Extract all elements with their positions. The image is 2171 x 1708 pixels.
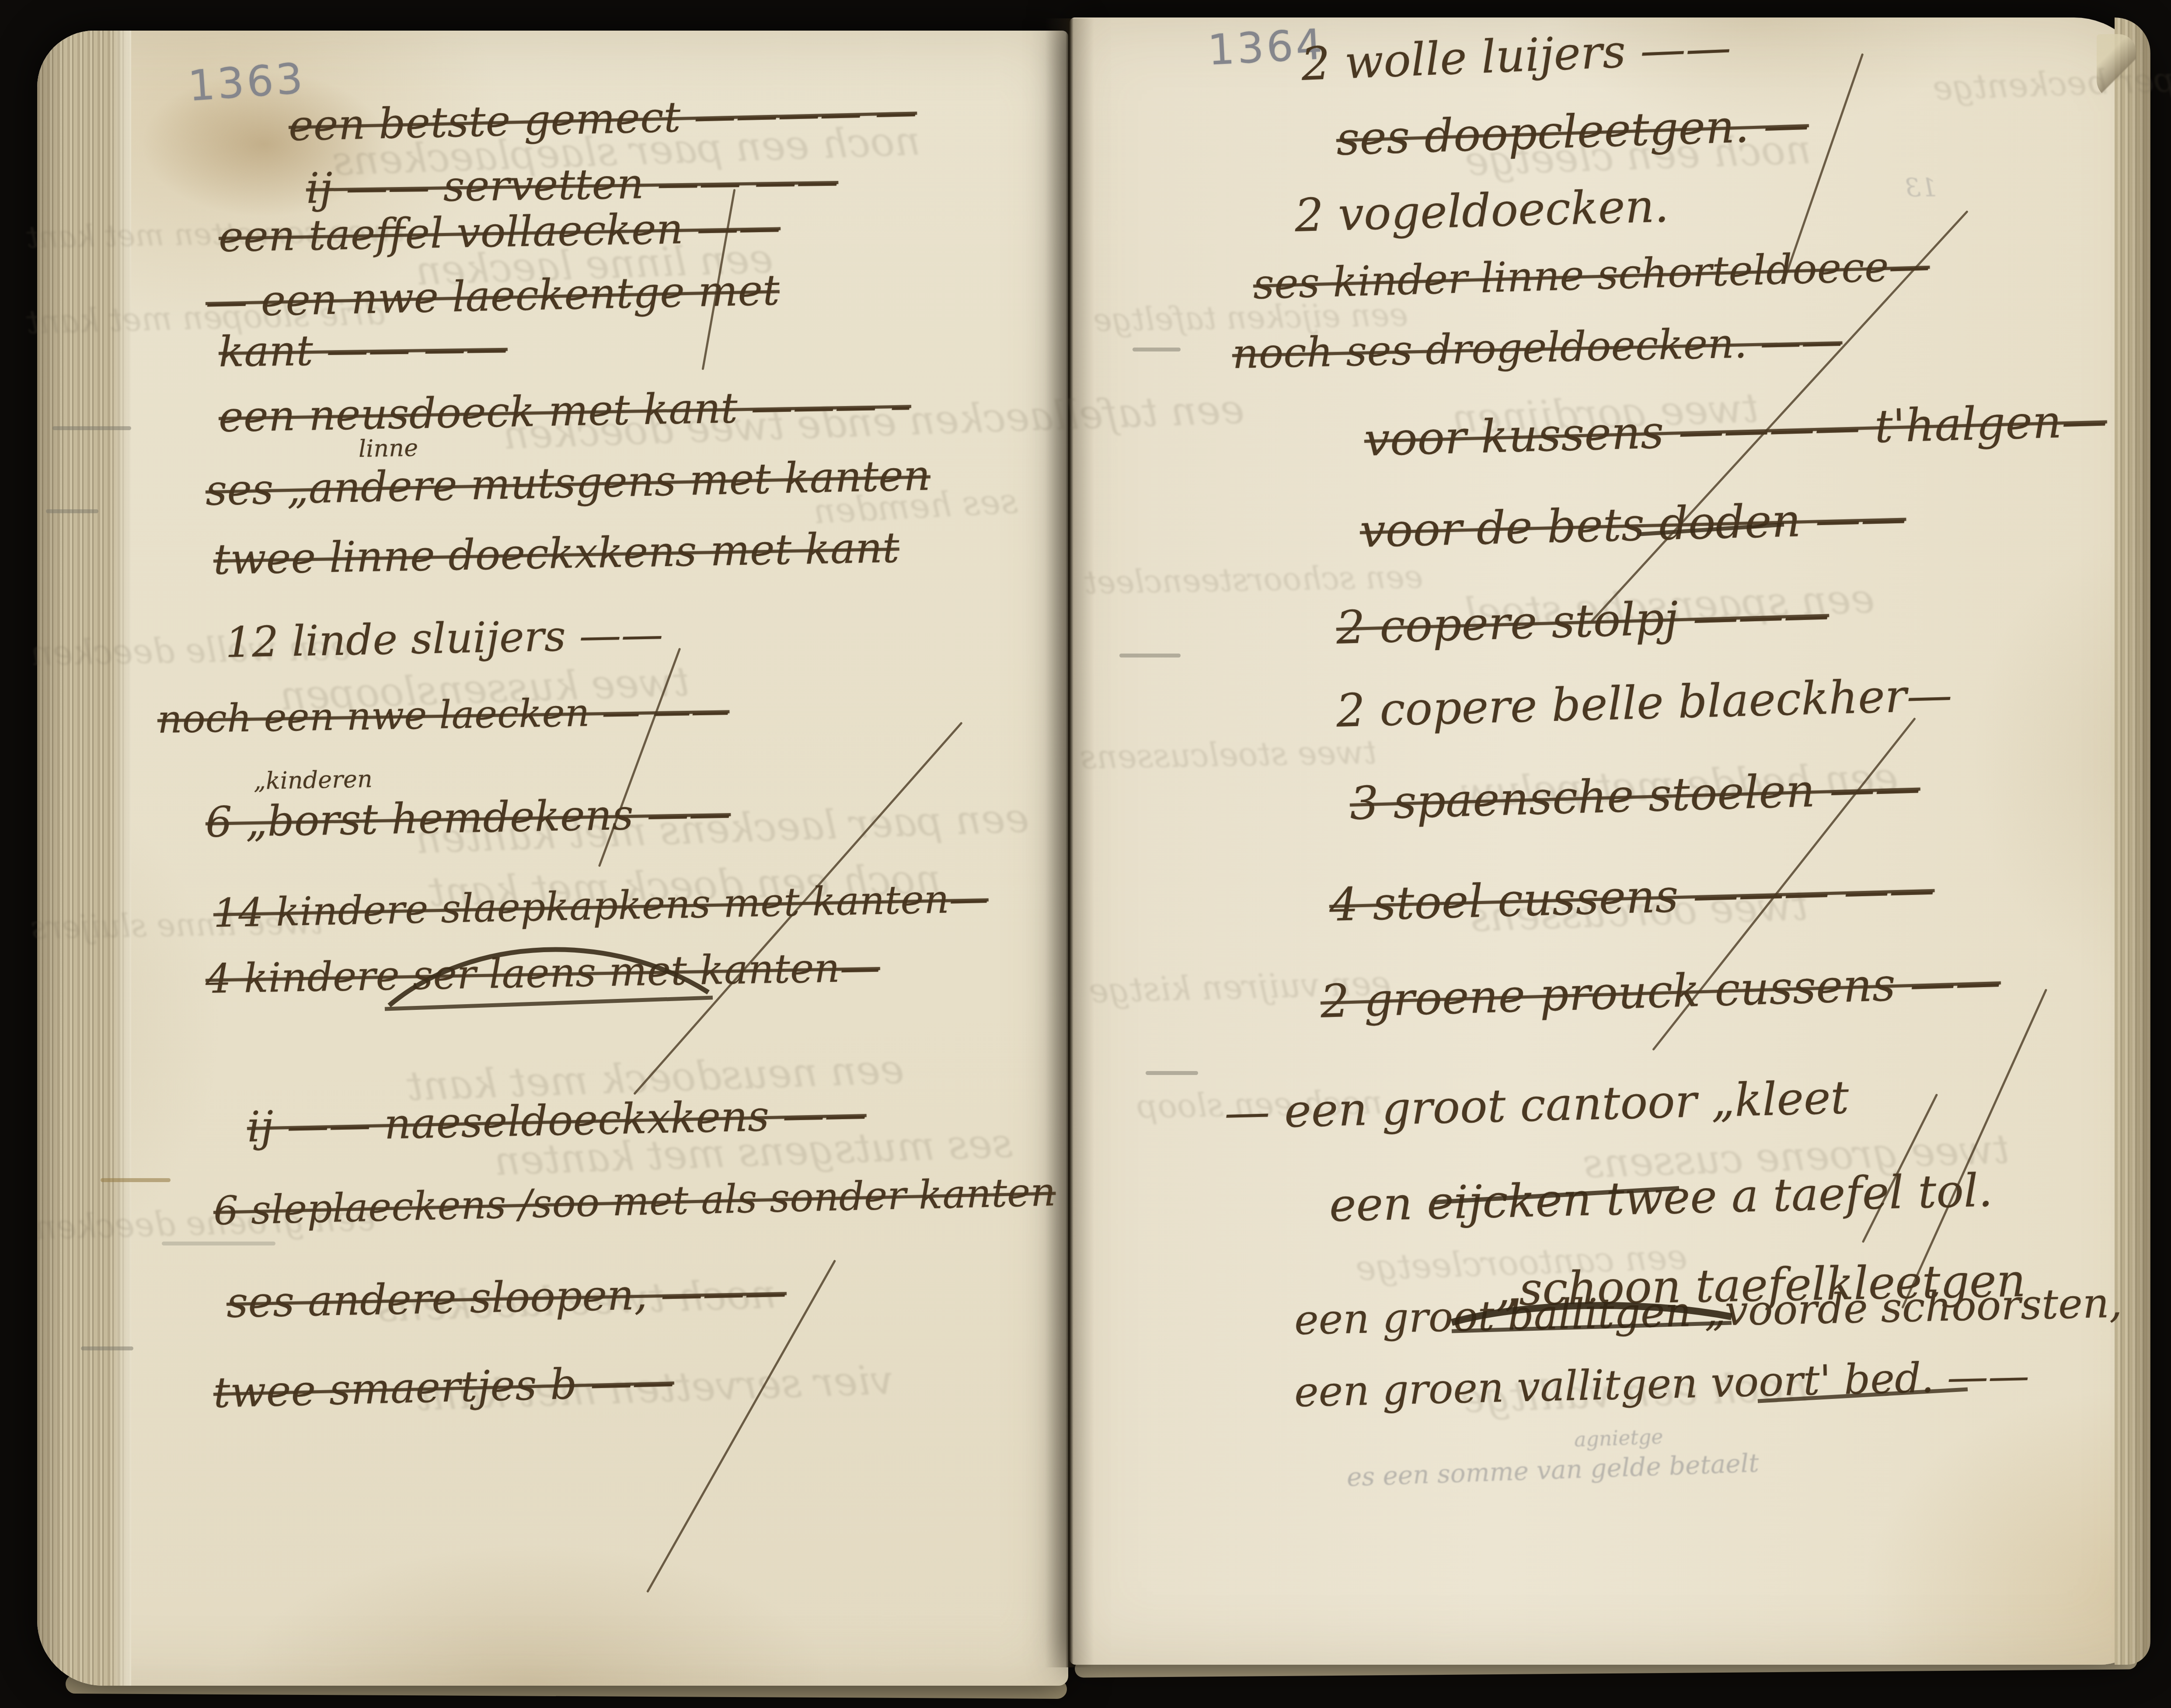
manuscript-photo: noch een paer slaeplaeckens twee servett… <box>0 0 2171 1708</box>
manuscript-line: twee linne doeckxkens met kant <box>213 527 899 581</box>
manuscript-line: 12 linde sluijers —— <box>225 613 663 664</box>
manuscript-line: twee smaertjes b —— <box>213 1360 675 1414</box>
pencil-note: agnietge <box>1574 1426 1663 1450</box>
margin-dash <box>1133 348 1181 351</box>
book-block-edge <box>2115 17 2150 1665</box>
bleedthrough-line: twee stoelcussens <box>1080 736 1377 774</box>
manuscript-line: ij —— naeseldoeckxkens —— <box>247 1093 867 1148</box>
margin-dash <box>1119 654 1181 657</box>
manuscript-line: 2 vogeldoecken. <box>1294 183 1669 238</box>
margin-dash <box>1146 1071 1198 1075</box>
margin-dash <box>52 426 131 430</box>
manuscript-line: ij —— servetten —— —— <box>306 160 839 209</box>
margin-dash <box>46 509 98 513</box>
inserted-word: linne <box>359 436 418 461</box>
strikethrough-mark <box>1640 516 1788 542</box>
margin-dash <box>101 1178 171 1182</box>
manuscript-line: ses andere sloopen, ——— <box>226 1271 787 1324</box>
strikethrough-mark <box>1452 1290 1740 1346</box>
strikethrough-mark <box>1434 1176 1688 1215</box>
margin-dash <box>81 1346 133 1350</box>
inserted-word: „kinderen <box>254 767 373 793</box>
manuscript-line: ses doopcleetgen. — <box>1335 101 1809 162</box>
pencil-note: 13 <box>1905 175 1937 200</box>
bleedthrough-line: een schoorsteencleet <box>1084 561 1423 598</box>
strikethrough-mark <box>385 940 717 1023</box>
manuscript-line: — een nwe laeckentge met <box>205 269 780 323</box>
manuscript-line: een neusdoeck met kant ——— – <box>218 384 911 438</box>
manuscript-line: 6 „borst hemdekens —— <box>205 792 731 843</box>
manuscript-line: voor de bets doden —— <box>1359 495 1907 554</box>
fore-edge-page-stack <box>37 31 131 1686</box>
manuscript-line: — een groot cantoor „kleet <box>1224 1075 1850 1135</box>
strikethrough-mark <box>1758 1381 1976 1412</box>
manuscript-line: een taeffel vollaecken —— <box>218 206 781 258</box>
manuscript-line: noch een nwe laecken — —— <box>157 691 730 739</box>
manuscript-line: noch ses drogeldoecken. —— <box>1232 321 1843 375</box>
margin-dash <box>162 1242 275 1245</box>
book-gutter <box>1045 18 1094 1667</box>
manuscript-line: kant —— —— <box>218 327 508 373</box>
page-number-left: 1363 <box>187 57 307 107</box>
manuscript-line: 2 copere stolpj ——— <box>1336 591 1830 651</box>
